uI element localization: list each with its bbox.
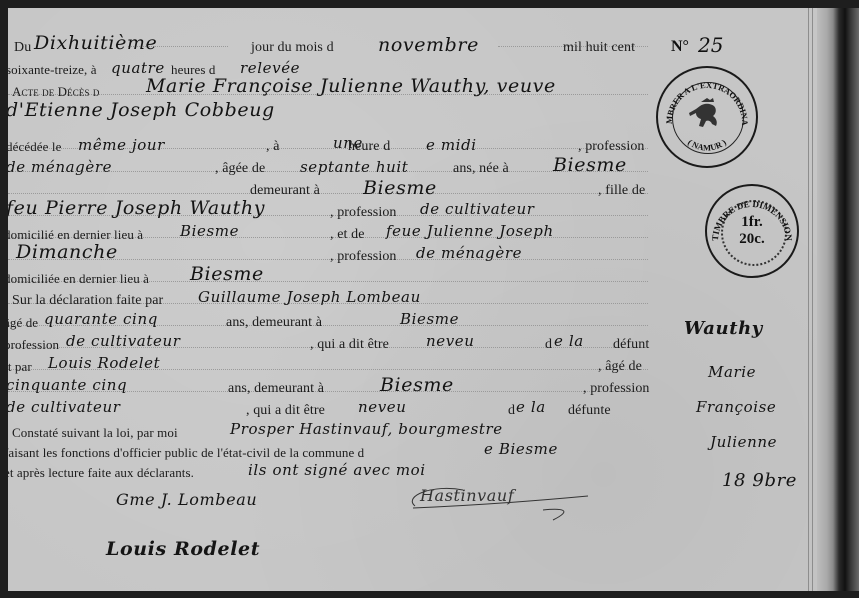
- printed-text: , à: [266, 139, 280, 155]
- declarant-2-name: Louis Rodelet: [48, 354, 160, 372]
- printed-text: jour du mois d: [251, 40, 334, 56]
- mother-surname: Dimanche: [16, 241, 118, 263]
- handwritten-text: e Biesme: [484, 440, 558, 458]
- svg-text:( NAMUR ): ( NAMUR ): [686, 137, 728, 152]
- handwritten-text: neveu: [426, 332, 475, 350]
- margin-given-name-1: Marie: [708, 363, 756, 381]
- handwritten-text: de ménagère: [416, 244, 522, 262]
- handwritten-text: quarante cinq: [44, 310, 158, 328]
- printed-text: d: [508, 403, 515, 419]
- handwritten-text: e midi: [426, 136, 477, 154]
- declarant-1-name: Guillaume Joseph Lombeau: [198, 288, 421, 306]
- handwritten-text: novembre: [378, 34, 479, 56]
- timbre-de-dimension-stamp: TIMBRE DE DIMENSION 1fr. 20c.: [705, 184, 799, 278]
- handwritten-text: Biesme: [380, 374, 454, 396]
- spouse-name: d'Etienne Joseph Cobbeug: [8, 99, 275, 121]
- namur-extraordinary-stamp: A TIMBRER A L'EXTRAORDINAIRE ( NAMUR ): [656, 66, 758, 168]
- printed-text: Acte de Décès d: [12, 84, 100, 100]
- handwritten-text: septante huit: [300, 158, 408, 176]
- binding-gutter: [817, 8, 859, 591]
- printed-text: et après lecture faite aux déclarants.: [8, 465, 194, 481]
- handwritten-text: Biesme: [190, 263, 264, 285]
- signature-declarant-2: Louis Rodelet: [106, 538, 260, 560]
- officer-name: Prosper Hastinvauf, bourgmestre: [230, 420, 503, 438]
- printed-text: , qui a dit être: [246, 403, 325, 419]
- printed-text: , profession: [330, 205, 397, 221]
- register-page: N° 25 Du Dixhuitième jour du mois d nove…: [8, 8, 859, 591]
- printed-text: , profession: [578, 139, 645, 155]
- printed-text: , fille de: [598, 183, 645, 199]
- handwritten-text: de ménagère: [8, 158, 112, 176]
- printed-text: ans, demeurant à: [226, 315, 322, 331]
- printed-text: et par: [8, 359, 32, 375]
- handwritten-text: Biesme: [553, 154, 627, 176]
- handwritten-text: même jour: [78, 136, 165, 154]
- margin-given-name-3: Julienne: [710, 433, 777, 451]
- handwritten-text: Biesme: [363, 177, 437, 199]
- printed-text: Constaté suivant la loi, par moi: [12, 425, 178, 441]
- handwritten-text: de cultivateur: [66, 332, 180, 350]
- printed-text: Sur la déclaration faite par: [12, 293, 163, 309]
- printed-text: domiciliée en dernier lieu à: [8, 271, 149, 287]
- printed-text: décédée le: [8, 139, 61, 155]
- handwritten-text: ils ont signé avec moi: [248, 461, 426, 479]
- printed-text: âgé de: [8, 315, 38, 331]
- lion-icon: [689, 98, 717, 127]
- handwritten-text: Biesme: [180, 222, 239, 240]
- handwritten-text: de cultivateur: [8, 398, 120, 416]
- handwritten-text: e la: [516, 398, 546, 416]
- printed-text: faisant les fonctions d'officier public …: [8, 445, 364, 461]
- stamp-ring-text: A TIMBRER A L'EXTRAORDINAIRE ( NAMUR ): [658, 68, 756, 166]
- margin-given-name-2: Françoise: [696, 398, 776, 416]
- printed-text: mil huit cent: [563, 40, 635, 56]
- entry-number: 25: [698, 33, 723, 57]
- printed-text: Du: [14, 40, 31, 56]
- handwritten-text: Dixhuitième: [34, 32, 157, 54]
- handwritten-text: e la: [554, 332, 584, 350]
- signature-declarant-1: Gme J. Lombeau: [116, 490, 257, 509]
- margin-surname: Wauthy: [684, 318, 763, 339]
- printed-text: d: [545, 337, 552, 353]
- printed-text: , qui a dit être: [310, 337, 389, 353]
- handwritten-text: neveu: [358, 398, 407, 416]
- printed-text: soixante-treize, à: [8, 62, 97, 78]
- father-name: feu Pierre Joseph Wauthy: [8, 197, 265, 219]
- printed-text: , et de: [330, 227, 365, 243]
- printed-text: heure d: [348, 139, 390, 155]
- margin-line: [812, 8, 813, 591]
- fill-rule: [8, 193, 648, 194]
- mother-name: feue Julienne Joseph: [386, 222, 554, 240]
- printed-text: , profession: [330, 249, 397, 265]
- deceased-name: Marie Françoise Julienne Wauthy, veuve: [146, 75, 556, 97]
- stamp-value: 1fr. 20c.: [739, 214, 764, 248]
- printed-text: , âgée de: [215, 161, 265, 177]
- printed-text: ans, demeurant à: [228, 381, 324, 397]
- printed-text: défunte: [568, 403, 611, 419]
- margin-date: 18 9bre: [722, 470, 797, 491]
- handwritten-text: de cultivateur: [420, 200, 534, 218]
- printed-text: , âgé de: [598, 359, 642, 375]
- officer-flourish: [403, 476, 603, 526]
- handwritten-text: cinquante cinq: [8, 376, 127, 394]
- printed-text: profession: [8, 337, 59, 353]
- entry-number-label: N°: [671, 38, 689, 56]
- printed-text: ans, née à: [453, 161, 509, 177]
- printed-text: , profession: [583, 381, 650, 397]
- margin-line: [808, 8, 809, 591]
- handwritten-text: Biesme: [400, 310, 459, 328]
- printed-text: défunt: [613, 337, 649, 353]
